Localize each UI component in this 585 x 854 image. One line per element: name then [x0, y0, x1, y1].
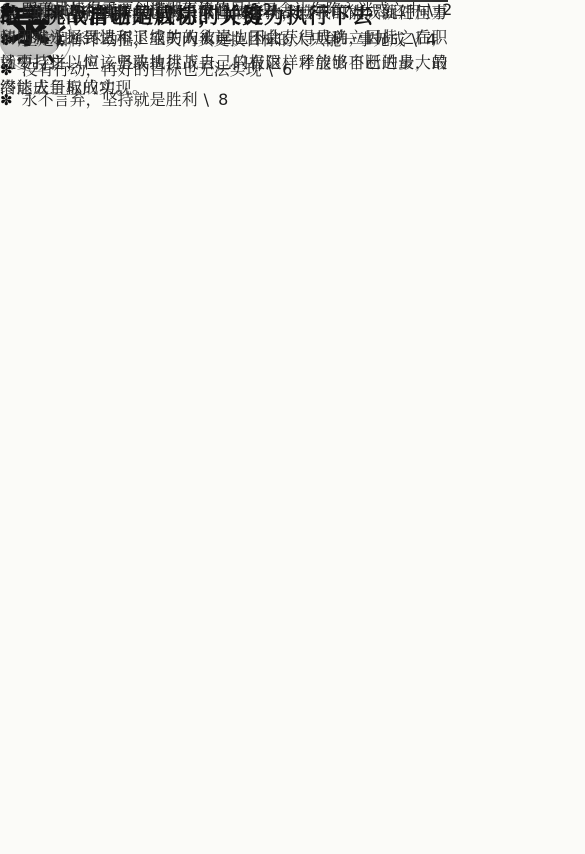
toc-item: ✽勇于挑战自己，创造人生价值\ 12: [0, 0, 274, 20]
page-number: 1: [0, 0, 13, 21]
chapter-2-topic-list: ✽勇于挑战自己，创造人生价值\ 12: [0, 0, 274, 30]
toc-item-page-ref: \ 12: [236, 0, 275, 19]
toc-item-label: 勇于挑战自己，创造人生价值: [22, 0, 230, 19]
book-page: 走进职场学 做 事 目 录 第一章 确立一个清晰的目标，并努力执行下去 如果没有…: [0, 0, 585, 854]
